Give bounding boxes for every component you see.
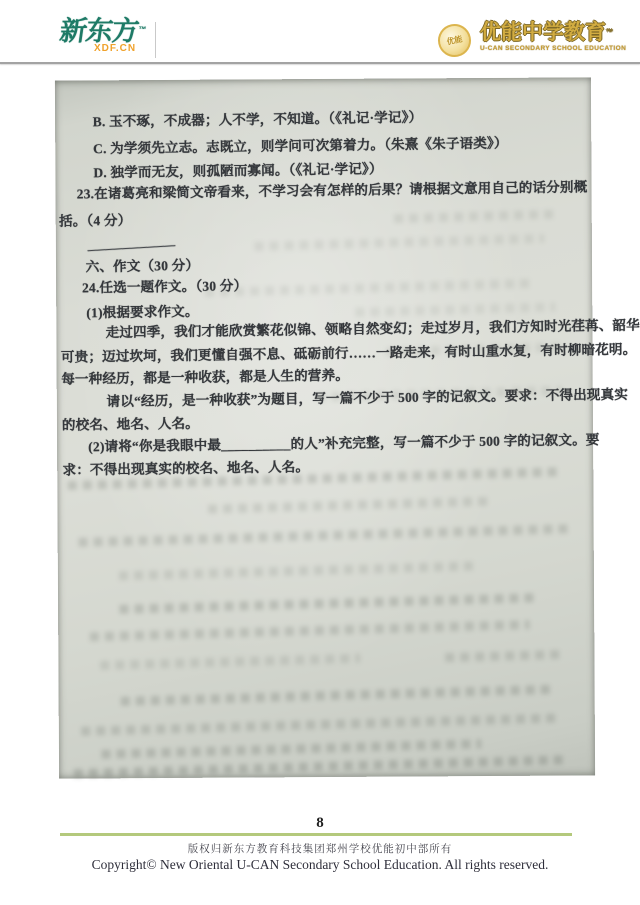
scanned-exam-page: B. 玉不琢，不成器；人不学，不知道。（《礼记·学记》） C. 为学须先立志。志… <box>55 77 595 778</box>
copyright-english: Copyright© New Oriental U-CAN Secondary … <box>0 857 640 873</box>
ucan-emblem-icon: 优能 <box>435 21 474 60</box>
footer-divider-line <box>60 833 572 836</box>
prompt-2-line-1: (2)请将“你是我眼中最__________的人”补充完整，写一篇不少于 500… <box>88 432 600 455</box>
ghost-bleedthrough-line <box>205 279 535 297</box>
option-b: B. 玉不琢，不成器；人不学，不知道。（《礼记·学记》） <box>93 110 423 131</box>
ucan-emblem-text: 优能 <box>446 34 464 46</box>
new-oriental-logo-text: 新东方™ <box>58 18 147 45</box>
ghost-bleedthrough-line <box>121 685 551 706</box>
ghost-bleedthrough-line <box>119 561 479 580</box>
prompt-1-paragraph-line-3: 每一种经历，都是一种收获，都是人生的营养。 <box>61 368 349 388</box>
ghost-bleedthrough-line <box>254 234 544 251</box>
option-d: D. 独学而无友，则孤陋而寡闻。（《礼记·学记》） <box>93 161 382 181</box>
ucan-logo-subtitle: U-CAN SECONDARY SCHOOL EDUCATION <box>480 45 626 52</box>
ucan-logo: 优能 优能中学教育™ U-CAN SECONDARY SCHOOL EDUCAT… <box>438 22 608 62</box>
trademark-symbol: ™ <box>138 25 146 34</box>
prompt-1-label: (1)根据要求作文。 <box>86 304 198 322</box>
ghost-bleedthrough-line <box>101 739 481 759</box>
ghost-bleedthrough-line <box>355 302 555 317</box>
copyright-chinese: 版权归新东方教育科技集团郑州学校优能初中部所有 <box>0 841 640 856</box>
ghost-bleedthrough-line <box>78 524 573 547</box>
prompt-1-paragraph-line-1: 走过四季，我们才能欣赏繁花似锦、领略自然变幻；走过岁月，我们方知时光荏苒、韶华 <box>106 318 640 341</box>
answer-blank-line <box>88 245 176 251</box>
ghost-bleedthrough-line <box>100 654 360 670</box>
page-header: 新东方™ XDF.CN 优能 优能中学教育™ U-CAN SECONDARY S… <box>0 0 640 64</box>
prompt-1-requirement-line-2: 的校名、地名、人名。 <box>62 416 199 434</box>
header-logo-divider <box>155 22 156 58</box>
ghost-bleedthrough-line <box>90 620 530 641</box>
header-divider-line <box>0 62 640 64</box>
ghost-bleedthrough-line <box>119 593 539 614</box>
new-oriental-logo: 新东方™ XDF.CN <box>60 18 170 60</box>
ghost-bleedthrough-line <box>394 210 559 224</box>
page-number: 8 <box>0 815 640 832</box>
ghost-bleedthrough-line <box>74 755 569 778</box>
section-six-heading: 六、作文（30 分） <box>86 258 200 276</box>
ghost-bleedthrough-line <box>445 650 560 662</box>
ucan-logo-text: 优能中学教育™ <box>480 22 626 44</box>
option-c: C. 为学须先立志。志既立，则学问可次第着力。（朱熹《朱子语类》） <box>93 135 508 157</box>
question-23-line-2: 括。（4 分） <box>59 213 131 230</box>
question-23-line-1: 23.在诸葛亮和梁简文帝看来，不学习会有怎样的后果？请根据文意用自己的话分别概 <box>77 179 588 202</box>
trademark-symbol: ™ <box>606 29 613 36</box>
ghost-bleedthrough-line <box>81 713 561 735</box>
ghost-bleedthrough-line <box>208 497 488 514</box>
